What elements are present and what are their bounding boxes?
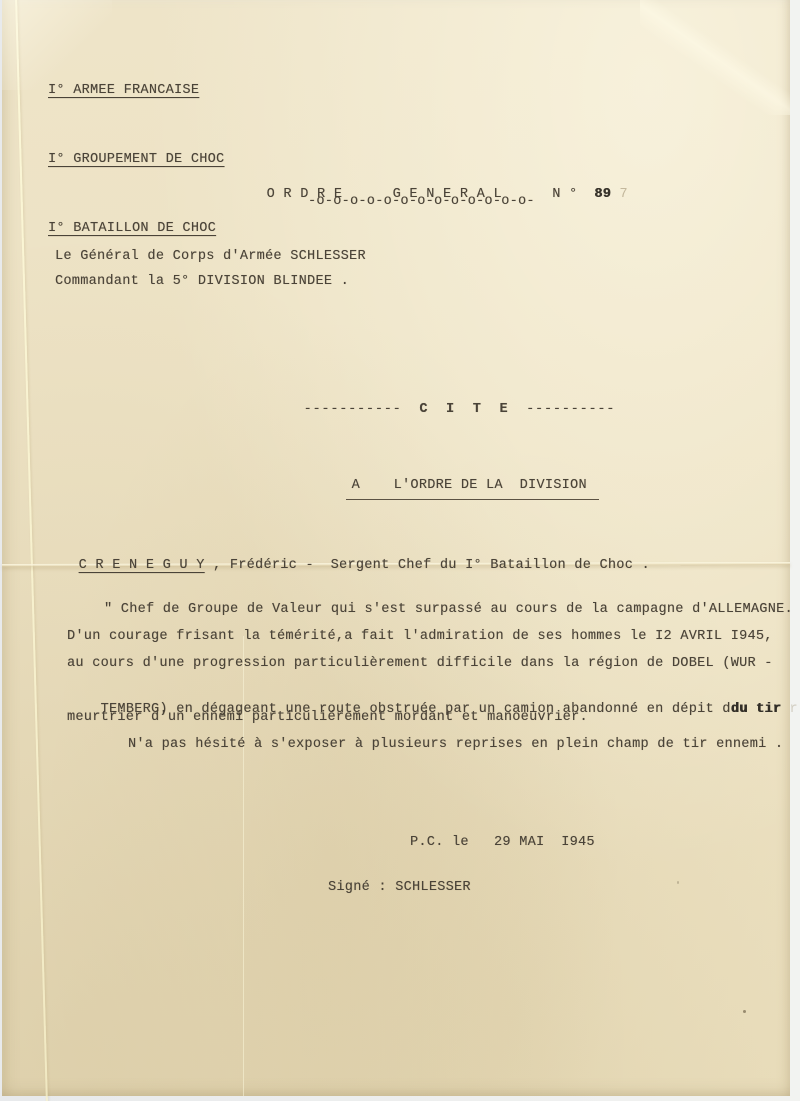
- recipient-details: , Frédéric - Sergent Chef du I° Bataillo…: [205, 558, 650, 573]
- letterhead-line-text: I° ARMEE FRANCAISE: [48, 83, 199, 98]
- recipient-line: C R E N E G U Y , Frédéric - Sergent Che…: [45, 537, 650, 594]
- citation-line-1: " Chef de Groupe de Valeur qui s'est sur…: [104, 600, 793, 619]
- signature-line: Signé : SCHLESSER: [328, 878, 471, 897]
- letterhead-line: I° GROUPEMENT DE CHOC: [48, 148, 224, 171]
- citation-overstrike: du tir: [731, 702, 781, 717]
- paper-speck: [743, 1010, 746, 1013]
- paper-speck: [677, 881, 679, 884]
- recipient-name: C R E N E G U Y: [79, 558, 205, 573]
- order-number-ghost: 7: [611, 187, 628, 202]
- title-separator: -o-o-o-o-o-o-o-o-o-o-o-o-o-: [308, 192, 535, 211]
- letterhead-line-text: I° GROUPEMENT DE CHOC: [48, 152, 224, 167]
- subtitle: A L'ORDRE DE LA DIVISION: [318, 457, 599, 519]
- letterhead-line-text: I° BATAILLON DE CHOC: [48, 221, 216, 236]
- citation-overstrike-ghost: r: [781, 702, 798, 717]
- issuer-line-2: Commandant la 5° DIVISION BLINDEE .: [55, 272, 349, 291]
- vertical-crease: [15, 0, 48, 1101]
- citation-line-5: meurtrier d'un ennemi particuliérement m…: [67, 708, 588, 727]
- citation-line-2: D'un courage frisant la témérité,a fait …: [67, 627, 773, 646]
- cite-dashes-right: ----------: [526, 402, 615, 417]
- letterhead-line: I° ARMEE FRANCAISE: [48, 79, 224, 102]
- cite-word: C I T E: [402, 402, 527, 417]
- citation-line-6: N'a pas hésité à s'exposer à plusieurs r…: [128, 735, 783, 754]
- issuer-line-1: Le Général de Corps d'Armée SCHLESSER: [55, 247, 366, 266]
- top-right-corner-fold: [640, 0, 790, 115]
- citation-line-3: au cours d'une progression particulièrem…: [67, 654, 773, 673]
- letterhead-line: I° BATAILLON DE CHOC: [48, 217, 224, 240]
- date-line: P.C. le 29 MAI I945: [410, 833, 595, 852]
- order-number: 89: [594, 187, 611, 202]
- subtitle-text: A L'ORDRE DE LA DIVISION: [346, 476, 599, 500]
- scanned-document: I° ARMEE FRANCAISE I° GROUPEMENT DE CHOC…: [0, 0, 800, 1101]
- cite-dashes-left: -----------: [304, 402, 402, 417]
- cite-heading: ----------- C I T E ----------: [268, 381, 615, 438]
